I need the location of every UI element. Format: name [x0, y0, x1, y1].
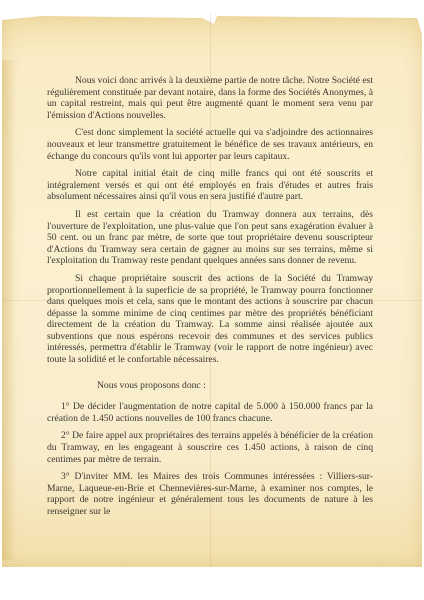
paragraph: C'est donc simplement la société actuell… [47, 127, 373, 162]
proposal-item: 3° D'inviter MM. les Maires des trois Co… [47, 471, 373, 517]
paragraph: Si chaque propriétaire souscrit des acti… [47, 273, 373, 366]
paragraph: Nous voici donc arrivés à la deuxième pa… [47, 75, 373, 121]
paper-stain [2, 60, 16, 560]
document-body: Nous voici donc arrivés à la deuxième pa… [47, 75, 373, 524]
paragraph: Il est certain que la création du Tramwa… [47, 209, 373, 267]
paragraph: Notre capital initial était de cinq mill… [47, 168, 373, 203]
proposal-heading: Nous vous proposons donc : [47, 380, 373, 392]
proposal-item: 2° De faire appel aux propriétaires des … [47, 430, 373, 465]
proposal-item: 1° De décider l'augmentation de notre ca… [47, 401, 373, 424]
